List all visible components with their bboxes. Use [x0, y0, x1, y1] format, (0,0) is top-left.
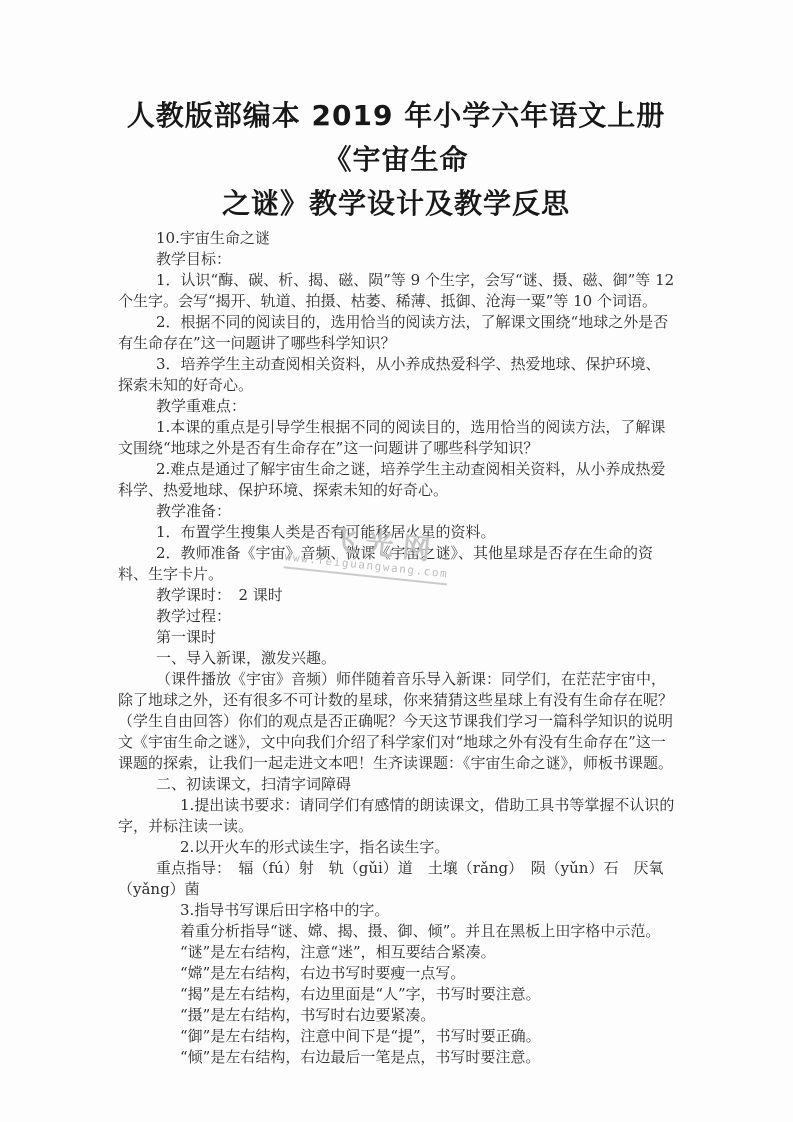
paragraph-process-heading: 教学过程：	[118, 606, 675, 627]
paragraph-keypoints-heading: 教学重难点：	[118, 396, 675, 417]
paragraph-intro-text: （课件播放《宇宙》音频）师伴随着音乐导入新课：同学们，在茫茫宇宙中，除了地球之外…	[118, 669, 675, 774]
paragraph-pinyin-guide: 重点指导： 辐（fú）射 轨（gǔi）道 土壤（rǎng） 陨（yǔn）石 厌氧…	[118, 858, 675, 900]
paragraph-char-mi: “谜”是左右结构，注意“迷”，相互要结合紧凑。	[118, 942, 675, 963]
paragraph-char-chang: “嫦”是左右结构，右边书写时要瘦一点写。	[118, 963, 675, 984]
document-page: 人教版部编本 2019 年小学六年语文上册《宇宙生命 之谜》教学设计及教学反思 …	[0, 0, 793, 1122]
paragraph-analysis-intro: 着重分析指导“谜、嫦、揭、摄、御、倾”。并且在黑板上田字格中示范。	[118, 921, 675, 942]
paragraph-keypoint-1: 1.本课的重点是引导学生根据不同的阅读目的，选用恰当的阅读方法，了解课文围绕“地…	[118, 417, 675, 459]
paragraph-goal-3: 3．培养学生主动查阅相关资料，从小养成热爱科学、热爱地球、保护环境、探索未知的好…	[118, 354, 675, 396]
document-body: 10.宇宙生命之谜 教学目标： 1．认识“酶、碳、析、揭、磁、陨”等 9 个生字…	[118, 228, 675, 1068]
paragraph-class-hours: 教学课时： 2 课时	[118, 585, 675, 606]
paragraph-writing-guide: 3.指导书写课后田字格中的字。	[118, 900, 675, 921]
paragraph-goal-1: 1．认识“酶、碳、析、揭、磁、陨”等 9 个生字，会写“谜、摄、磁、御”等 12…	[118, 270, 675, 312]
paragraph-char-qing: “倾”是左右结构，右边最后一笔是点，书写时要注意。	[118, 1047, 675, 1068]
paragraph-char-she: “摄”是左右结构，书写时右边要紧凑。	[118, 1005, 675, 1026]
paragraph-lesson-number: 10.宇宙生命之谜	[118, 228, 675, 249]
paragraph-prep-1: 1．布置学生搜集人类是否有可能移居火星的资料。	[118, 522, 675, 543]
paragraph-section-1-heading: 一、导入新课，激发兴趣。	[118, 648, 675, 669]
paragraph-char-yu: “御”是左右结构，注意中间下是“提”，书写时要正确。	[118, 1026, 675, 1047]
paragraph-first-period: 第一课时	[118, 627, 675, 648]
paragraph-section-2-heading: 二、初读课文，扫清字词障碍	[118, 774, 675, 795]
paragraph-goal-2: 2．根据不同的阅读目的，选用恰当的阅读方法，了解课文围绕“地球之外是否有生命存在…	[118, 312, 675, 354]
paragraph-prep-2: 2．教师准备《宇宙》音频、微课《宇宙之谜》、其他星球是否存在生命的资料、生字卡片…	[118, 543, 675, 585]
paragraph-prep-heading: 教学准备：	[118, 501, 675, 522]
paragraph-goals-heading: 教学目标：	[118, 249, 675, 270]
paragraph-train-reading: 2.以开火车的形式读生字，指名读生字。	[118, 837, 675, 858]
paragraph-keypoint-2: 2.难点是通过了解宇宙生命之谜，培养学生主动查阅相关资料，从小养成热爱科学、热爱…	[118, 459, 675, 501]
title-line-1: 人教版部编本 2019 年小学六年语文上册《宇宙生命	[106, 94, 686, 182]
document-title: 人教版部编本 2019 年小学六年语文上册《宇宙生命 之谜》教学设计及教学反思	[106, 0, 686, 226]
paragraph-reading-req: 1.提出读书要求：请同学们有感情的朗读课文，借助工具书等掌握不认识的字，并标注读…	[118, 795, 675, 837]
paragraph-char-jie: “揭”是左右结构，右边里面是“人”字，书写时要注意。	[118, 984, 675, 1005]
title-line-2: 之谜》教学设计及教学反思	[106, 182, 686, 226]
